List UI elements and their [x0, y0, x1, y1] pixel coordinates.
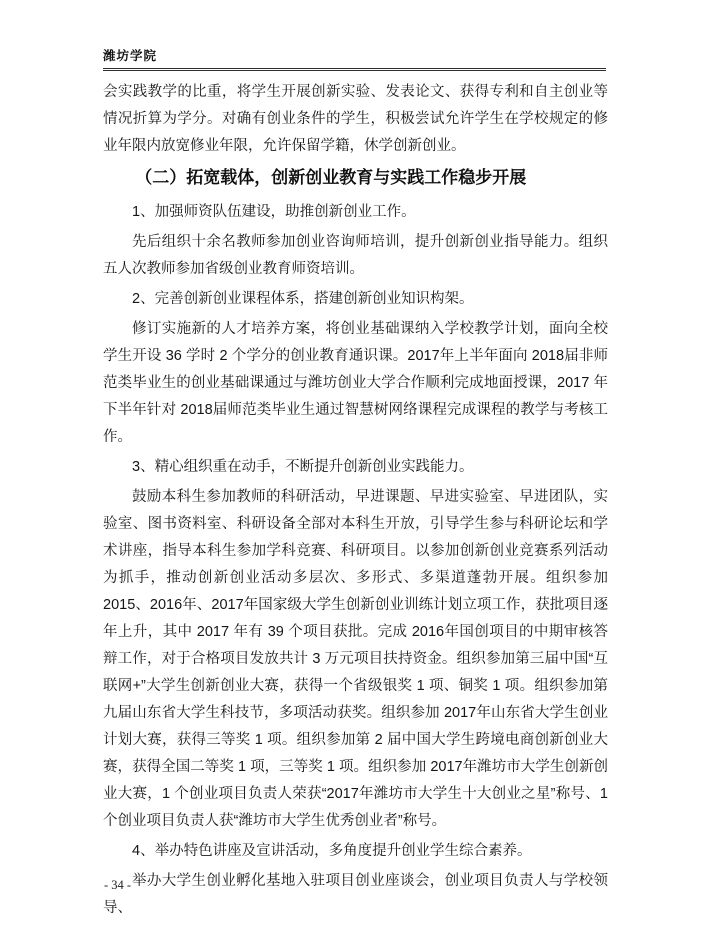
paragraph: 先后组织十余名教师参加创业咨询师培训，提升创新创业指导能力。组织五人次教师参加省… [103, 229, 608, 283]
page-footer: - 34 - [104, 878, 131, 893]
paragraph: 修订实施新的人才培养方案，将创业基础课纳入学校教学计划，面向全校学生开设 36 … [103, 316, 608, 451]
numbered-item-2: 2、完善创新创业课程体系，搭建创新创业知识构架。 [103, 286, 608, 313]
header-rule [103, 68, 606, 71]
paragraph-continuation: 会实践教学的比重，将学生开展创新实验、发表论文、获得专利和自主创业等情况折算为学… [103, 79, 608, 160]
school-name: 潍坊学院 [103, 46, 606, 68]
paragraph: 举办大学生创业孵化基地入驻项目创业座谈会，创业项目负责人与学校领导、 [103, 868, 608, 922]
section-heading: （二）拓宽载体，创新创业教育与实践工作稳步开展 [103, 163, 608, 193]
numbered-item-3: 3、精心组织重在动手，不断提升创新创业实践能力。 [103, 454, 608, 481]
document-body: 会实践教学的比重，将学生开展创新实验、发表论文、获得专利和自主创业等情况折算为学… [103, 79, 608, 925]
document-page: 潍坊学院 会实践教学的比重，将学生开展创新实验、发表论文、获得专利和自主创业等情… [0, 0, 709, 945]
document-header: 潍坊学院 [103, 46, 606, 71]
paragraph: 鼓励本科生参加教师的科研活动，早进课题、早进实验室、早进团队，实验室、图书资料室… [103, 484, 608, 835]
page-number: - 34 - [104, 878, 131, 892]
numbered-item-4: 4、举办特色讲座及宣讲活动，多角度提升创业学生综合素养。 [103, 838, 608, 865]
numbered-item-1: 1、加强师资队伍建设，助推创新创业工作。 [103, 199, 608, 226]
